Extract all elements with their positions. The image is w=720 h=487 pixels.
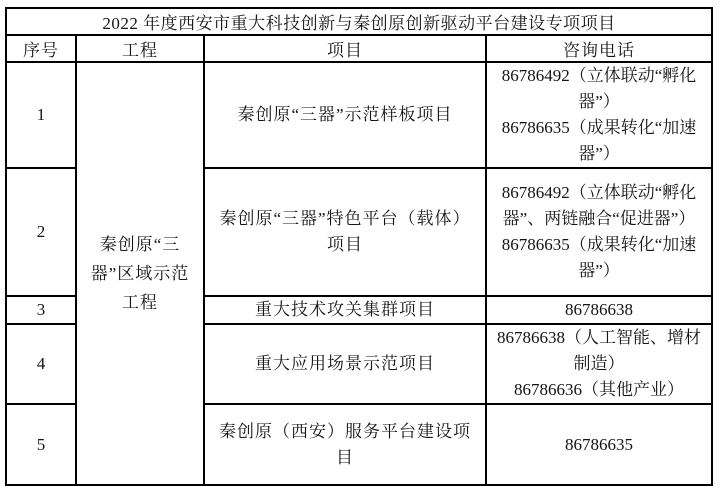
row-index: 2 [6,168,76,296]
engineering-merged-cell: 秦创原“三器”区域示范工程 [76,62,204,485]
table-title: 2022 年度西安市重大科技创新与秦创原创新驱动平台建设专项项目 [6,8,712,35]
phone-entry: 86786636（其他产业） [493,377,705,403]
table-title-row: 2022 年度西安市重大科技创新与秦创原创新驱动平台建设专项项目 [6,8,712,35]
row-index: 1 [6,62,76,168]
phone-cell: 86786492（立体联动“孵化器”） 86786635（成果转化“加速器”） [486,62,712,168]
col-header-item: 项目 [204,35,486,62]
item-name: 重大应用场景示范项目 [204,324,486,404]
row-index: 5 [6,404,76,485]
phone-entry: 86786635 [493,432,705,458]
table-header-row: 序号 工程 项目 咨询电话 [6,35,712,62]
item-name: 秦创原（西安）服务平台建设项目 [204,404,486,485]
table-row: 1 秦创原“三器”区域示范工程 秦创原“三器”示范样板项目 86786492（立… [6,62,712,168]
phone-entry: 86786638（人工智能、增材制造） [493,325,705,377]
row-index: 4 [6,324,76,404]
phone-entry: 86786492（立体联动“孵化器”） [493,63,705,115]
item-name: 秦创原“三器”特色平台（载体）项目 [204,168,486,296]
col-header-phone: 咨询电话 [486,35,712,62]
phone-entry: 86786492（立体联动“孵化器”、两链融合“促进器”） [493,180,705,232]
col-header-engineering: 工程 [76,35,204,62]
row-index: 3 [6,296,76,324]
item-name: 重大技术攻关集群项目 [204,296,486,324]
col-header-index: 序号 [6,35,76,62]
phone-entry: 86786638 [493,297,705,323]
project-table: 2022 年度西安市重大科技创新与秦创原创新驱动平台建设专项项目 序号 工程 项… [5,7,713,486]
phone-cell: 86786492（立体联动“孵化器”、两链融合“促进器”） 86786635（成… [486,168,712,296]
item-name: 秦创原“三器”示范样板项目 [204,62,486,168]
phone-entry: 86786635（成果转化“加速器”） [493,115,705,167]
phone-entry: 86786635（成果转化“加速器”） [493,232,705,284]
phone-cell: 86786635 [486,404,712,485]
phone-cell: 86786638 [486,296,712,324]
phone-cell: 86786638（人工智能、增材制造） 86786636（其他产业） [486,324,712,404]
